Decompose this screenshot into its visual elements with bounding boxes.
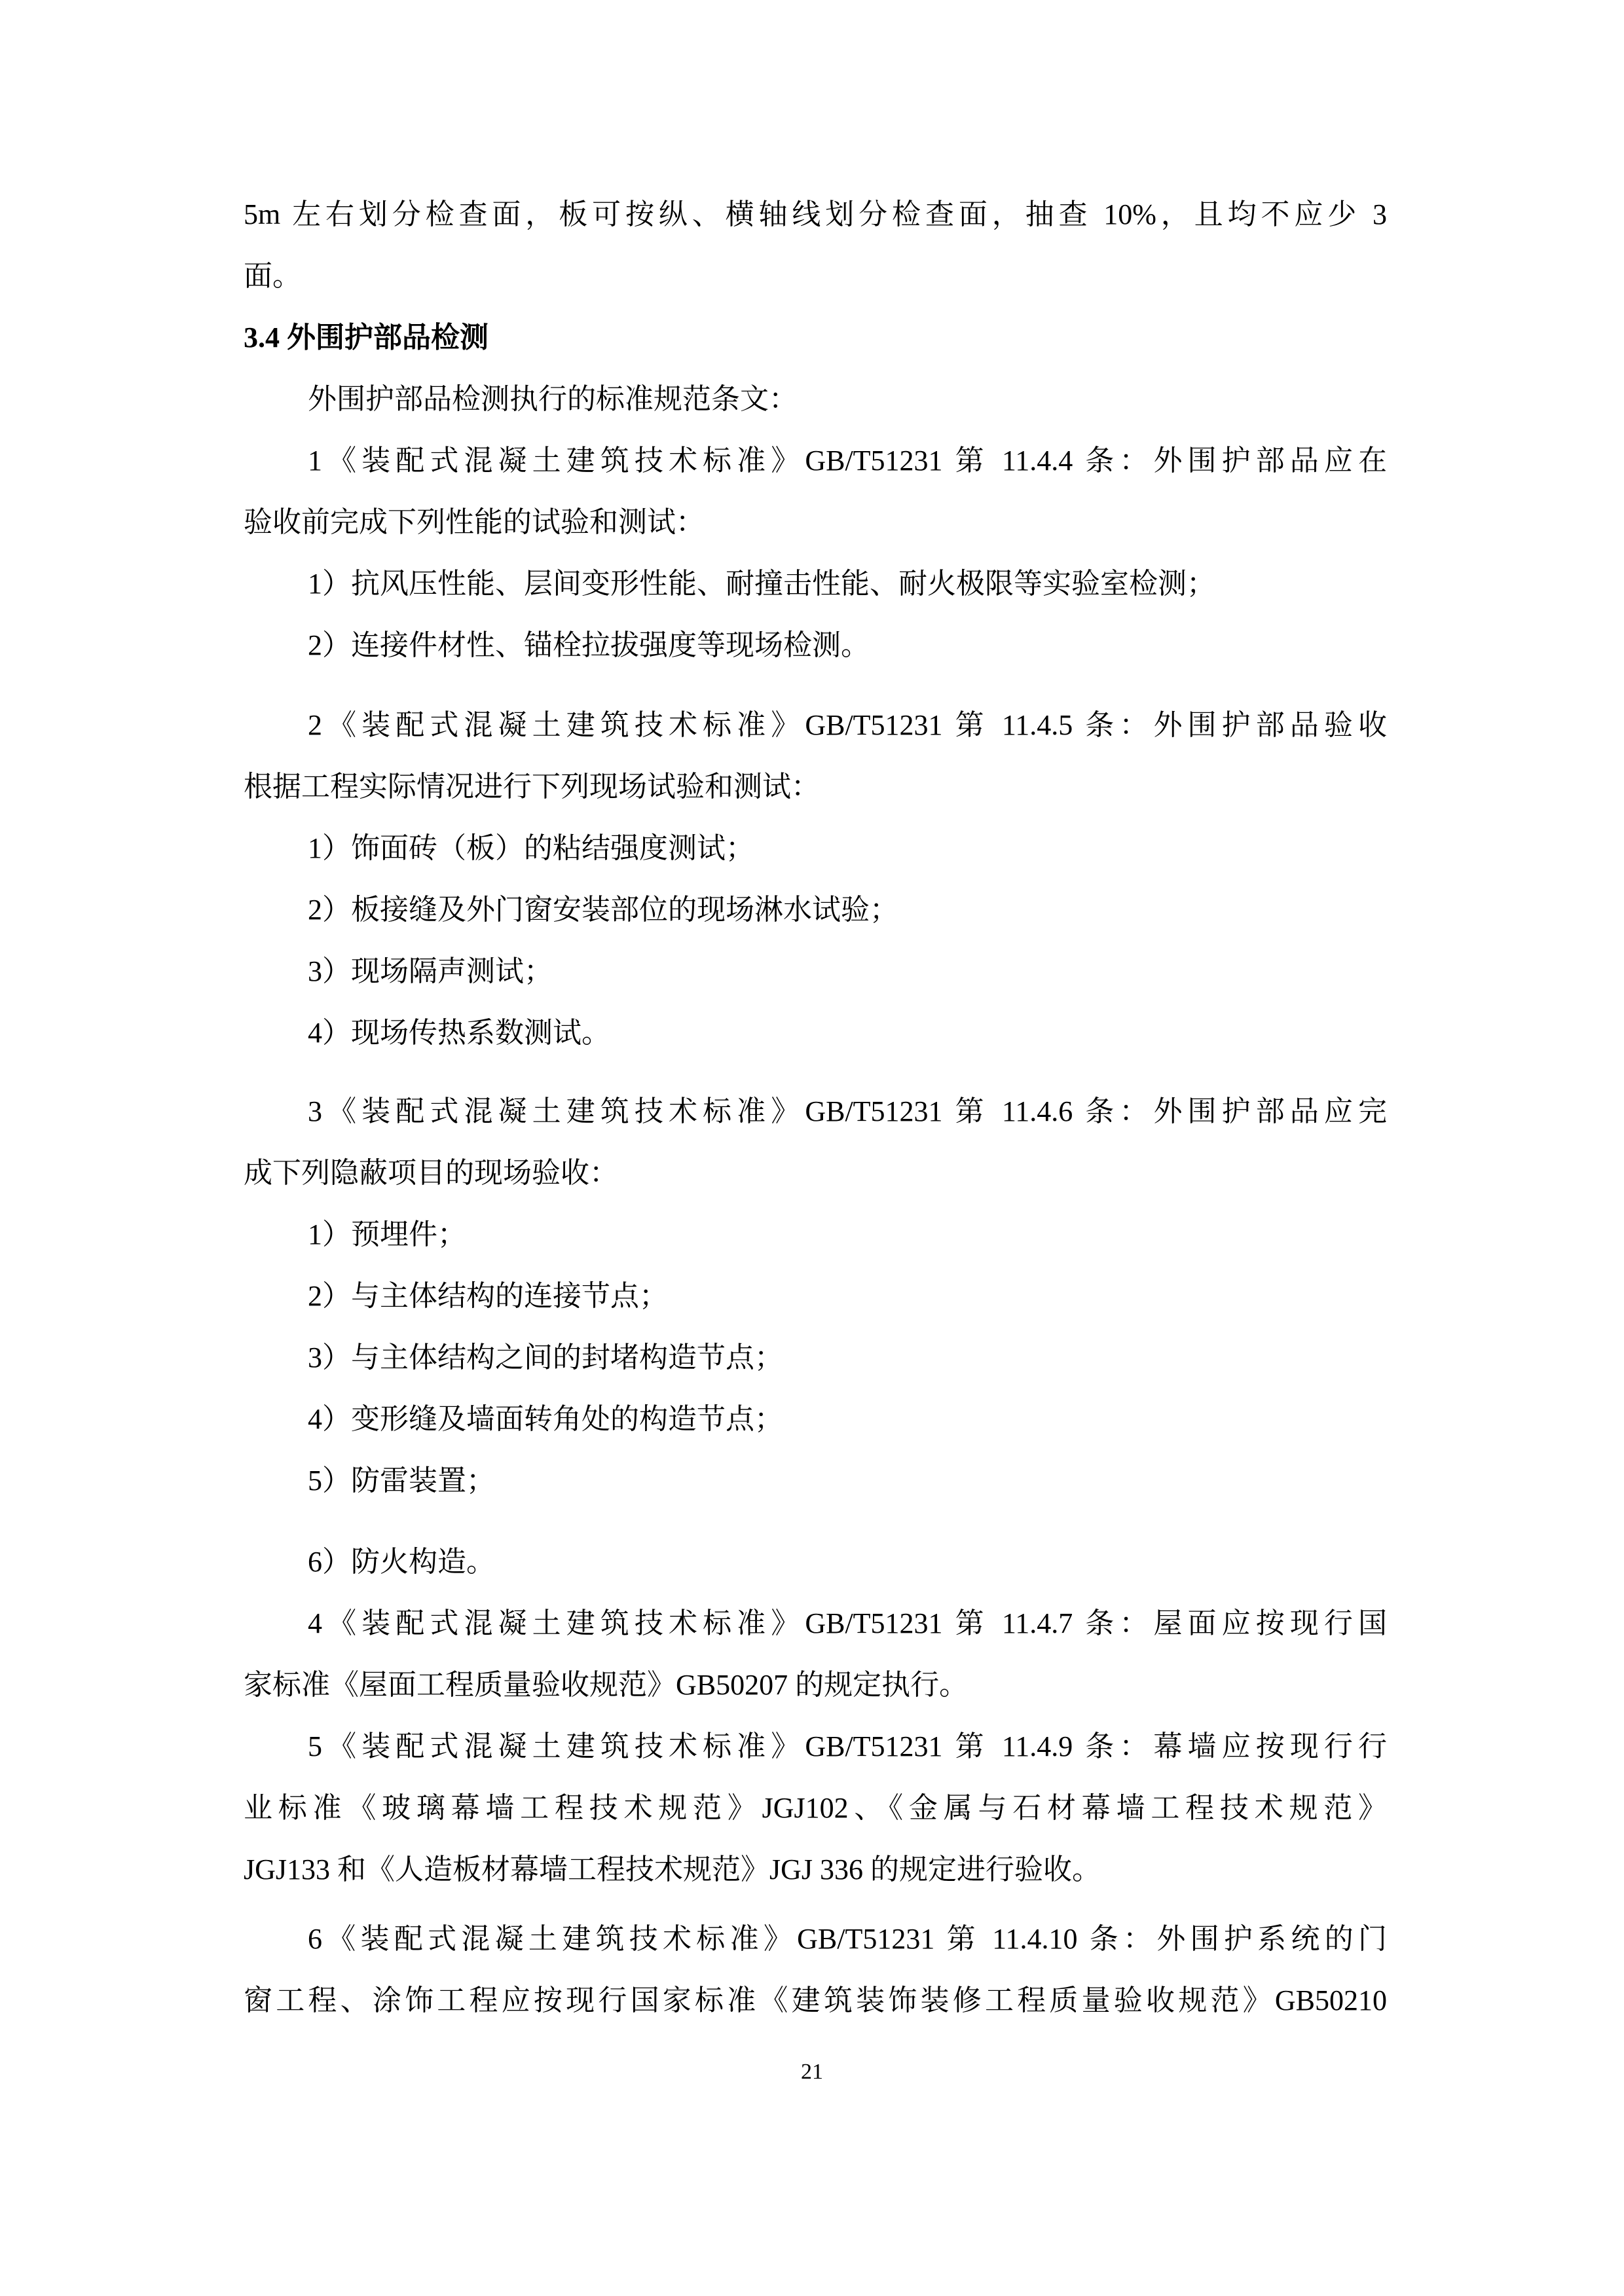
text-line: 业标准《玻璃幕墙工程技术规范》JGJ102、《金属与石材幕墙工程技术规范》 [244, 1789, 1387, 1828]
text-line: 面。 [244, 257, 301, 296]
text-line: 家标准《屋面工程质量验收规范》GB50207 的规定执行。 [244, 1666, 968, 1705]
text-line: JGJ133 和《人造板材幕墙工程技术规范》JGJ 336 的规定进行验收。 [244, 1850, 1101, 1889]
text-line: 3）与主体结构之间的封堵构造节点； [308, 1338, 783, 1377]
text-line: 4《装配式混凝土建筑技术标准》GB/T51231 第 11.4.7 条：屋面应按… [308, 1604, 1387, 1643]
text-line: 窗工程、涂饰工程应按现行国家标准《建筑装饰装修工程质量验收规范》GB50210 [244, 1981, 1387, 2020]
page-number: 21 [0, 2059, 1624, 2085]
text-line: 4）现场传热系数测试。 [308, 1013, 610, 1053]
text-line: 1）抗风压性能、层间变形性能、耐撞击性能、耐火极限等实验室检测； [308, 564, 1215, 604]
text-line: 根据工程实际情况进行下列现场试验和测试： [244, 767, 820, 807]
text-line: 1）饰面砖（板）的粘结强度测试； [308, 829, 754, 868]
text-line: 成下列隐蔽项目的现场验收： [244, 1154, 618, 1193]
text-line: 2）板接缝及外门窗安装部位的现场淋水试验； [308, 890, 898, 930]
text-line: 2）连接件材性、锚栓拉拔强度等现场检测。 [308, 626, 870, 665]
text-line: 6《装配式混凝土建筑技术标准》GB/T51231 第 11.4.10 条：外围护… [308, 1920, 1387, 1959]
text-line: 5m 左右划分检查面，板可按纵、横轴线划分检查面，抽查 10%，且均不应少 3 [244, 195, 1387, 234]
text-line: 验收前完成下列性能的试验和测试： [244, 503, 705, 542]
text-line: 2）与主体结构的连接节点； [308, 1277, 668, 1316]
text-line: 外围护部品检测执行的标准规范条文： [308, 380, 798, 419]
text-line: 5）防雷装置； [308, 1461, 495, 1501]
text-line: 2《装配式混凝土建筑技术标准》GB/T51231 第 11.4.5 条：外围护部… [308, 706, 1387, 745]
text-line: 3）现场隔声测试； [308, 952, 553, 991]
text-line: 4）变形缝及墙面转角处的构造节点； [308, 1400, 783, 1439]
section-heading: 3.4 外围护部品检测 [244, 318, 489, 357]
text-line: 1《装配式混凝土建筑技术标准》GB/T51231 第 11.4.4 条：外围护部… [308, 441, 1387, 481]
text-line: 6）防火构造。 [308, 1542, 495, 1582]
text-line: 3《装配式混凝土建筑技术标准》GB/T51231 第 11.4.6 条：外围护部… [308, 1092, 1387, 1131]
text-line: 5《装配式混凝土建筑技术标准》GB/T51231 第 11.4.9 条：幕墙应按… [308, 1727, 1387, 1766]
text-line: 1）预埋件； [308, 1215, 466, 1254]
